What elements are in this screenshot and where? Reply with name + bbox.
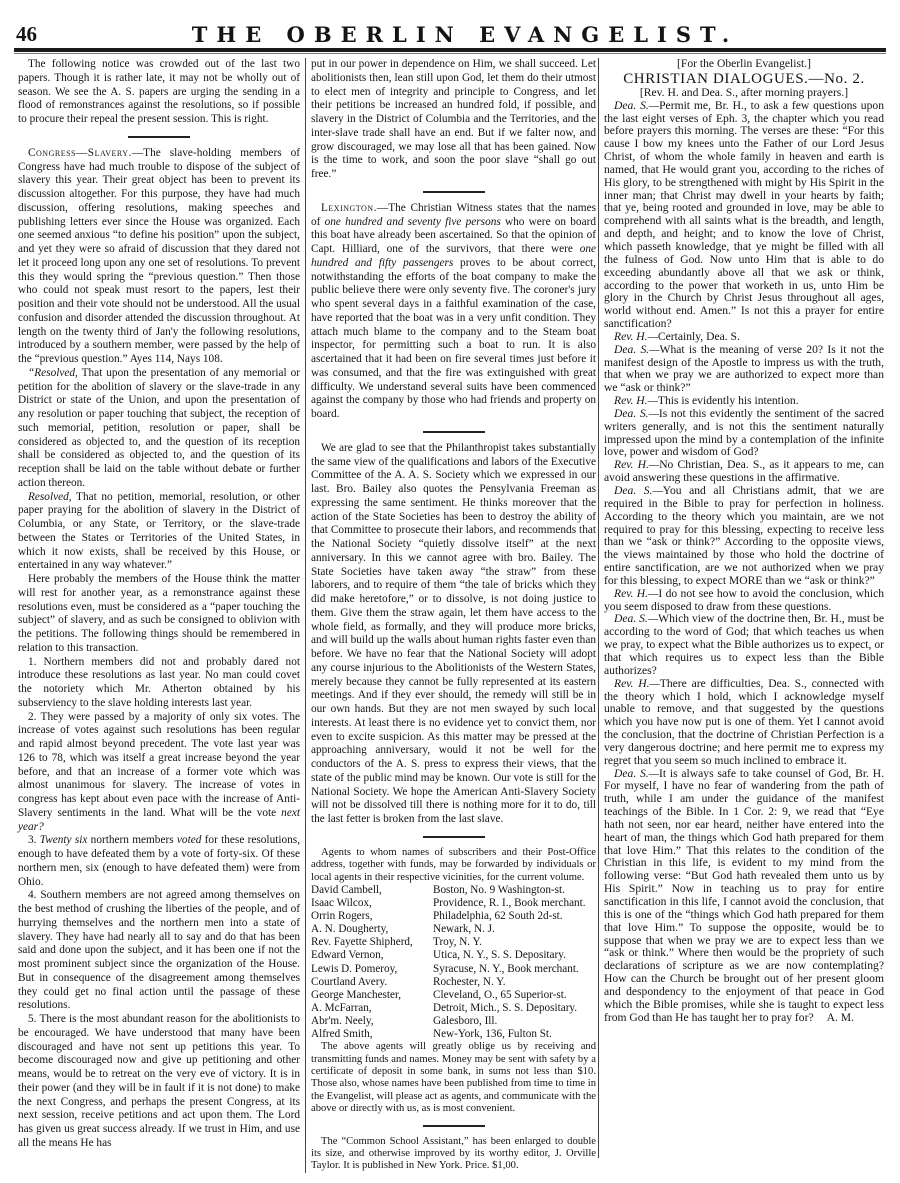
agents-notice: Agents to whom names of subscribers and … bbox=[311, 847, 596, 1173]
agent-row: Alfred Smith,New-York, 136, Fulton St. bbox=[311, 1028, 596, 1041]
dialogue-turn: Dea. S.—You and all Christians admit, th… bbox=[604, 485, 884, 588]
column-middle: put in our power in dependence on Him, w… bbox=[311, 58, 596, 1173]
agent-row: Abr'm. Neely,Galesboro, Ill. bbox=[311, 1015, 596, 1028]
column-divider bbox=[598, 58, 599, 1158]
newspaper-page: 46 THE OBERLIN EVANGELIST. The following… bbox=[0, 0, 900, 1183]
masthead: 46 THE OBERLIN EVANGELIST. bbox=[14, 22, 886, 46]
speaker: Dea. S.— bbox=[614, 484, 663, 497]
signature: A. M. bbox=[817, 1012, 854, 1025]
point-3: 3. Twenty six northern members voted for… bbox=[18, 834, 300, 889]
agent-row: A. McFarran,Detroit, Mich., S. S. Deposi… bbox=[311, 1002, 596, 1015]
speaker: Dea. S.— bbox=[614, 343, 660, 356]
agent-row: David Cambell,Boston, No. 9 Washington-s… bbox=[311, 884, 596, 897]
speaker: Rev. H.— bbox=[614, 587, 658, 600]
speaker: Rev. H.— bbox=[614, 677, 660, 690]
column-divider bbox=[305, 58, 306, 1173]
speaker: Dea. S.— bbox=[614, 407, 659, 420]
article-separator bbox=[423, 836, 485, 838]
dialogue-turn: Dea. S.—Is not this evidently the sentim… bbox=[604, 408, 884, 459]
article-separator bbox=[423, 1125, 485, 1127]
article-separator bbox=[423, 431, 485, 433]
dialogue-turn: Rev. H.—No Christian, Dea. S., as it app… bbox=[604, 459, 884, 485]
speaker: Dea. S.— bbox=[614, 612, 658, 625]
agent-row: George Manchester,Cleveland, O., 65 Supe… bbox=[311, 989, 596, 1002]
agent-row: Edward Vernon,Utica, N. Y., S. S. Deposi… bbox=[311, 949, 596, 962]
resolution-1: “Resolved, That upon the presentation of… bbox=[18, 367, 300, 491]
dialogue-turn: Rev. H.—There are difficulties, Dea. S.,… bbox=[604, 678, 884, 768]
agents-outro: The above agents will greatly oblige us … bbox=[311, 1041, 596, 1115]
masthead-rule-thin bbox=[14, 53, 886, 54]
agent-row: Rev. Fayette Shipherd,Troy, N. Y. bbox=[311, 936, 596, 949]
agent-row: Orrin Rogers,Philadelphia, 62 South 2d-s… bbox=[311, 910, 596, 923]
article-heading: Lexington. bbox=[321, 202, 377, 214]
dialogue-turn: Dea. S.—What is the meaning of verse 20?… bbox=[604, 344, 884, 395]
continuation-text: put in our power in dependence on Him, w… bbox=[311, 58, 596, 182]
dialogue-turn: Dea. S.—Permit me, Br. H., to ask a few … bbox=[604, 100, 884, 331]
lexington-article: Lexington.—The Christian Witness states … bbox=[311, 202, 596, 422]
agents-intro: Agents to whom names of subscribers and … bbox=[311, 847, 596, 884]
column-left: The following notice was crowded out of … bbox=[18, 58, 300, 1151]
commentary: Here probably the members of the House t… bbox=[18, 573, 300, 656]
dialogue-turn: Rev. H.—I do not see how to avoid the co… bbox=[604, 588, 884, 614]
agent-row: A. N. Dougherty,Newark, N. J. bbox=[311, 923, 596, 936]
intro-notice: The following notice was crowded out of … bbox=[18, 58, 300, 127]
article-separator bbox=[128, 136, 190, 138]
philanthropist-article: We are glad to see that the Philanthropi… bbox=[311, 442, 596, 827]
speaker: Rev. H.— bbox=[614, 458, 659, 471]
point-5: 5. There is the most abundant reason for… bbox=[18, 1013, 300, 1151]
point-2: 2. They were passed by a majority of onl… bbox=[18, 711, 300, 835]
dialogue-turn: Dea. S.—Which view of the doctrine then,… bbox=[604, 613, 884, 677]
dialogue-heading: CHRISTIAN DIALOGUES.—No. 2. bbox=[604, 71, 884, 87]
agent-row: Lewis D. Pomeroy,Syracuse, N. Y., Book m… bbox=[311, 963, 596, 976]
article-heading: Congress—Slavery. bbox=[28, 147, 132, 159]
agents-list: David Cambell,Boston, No. 9 Washington-s… bbox=[311, 884, 596, 1041]
article-separator bbox=[423, 191, 485, 193]
byline: [For the Oberlin Evangelist.] bbox=[604, 58, 884, 71]
speaker: Rev. H.— bbox=[614, 394, 658, 407]
speaker: Rev. H.— bbox=[614, 330, 658, 343]
congress-article: Congress—Slavery.—The slave-holding memb… bbox=[18, 147, 300, 367]
agent-row: Isaac Wilcox,Providence, R. I., Book mer… bbox=[311, 897, 596, 910]
speaker: Dea. S.— bbox=[614, 99, 659, 112]
point-4: 4. Southern members are not agreed among… bbox=[18, 889, 300, 1013]
point-1: 1. Northern members did not and probably… bbox=[18, 656, 300, 711]
column-right: [For the Oberlin Evangelist.] CHRISTIAN … bbox=[604, 58, 884, 1024]
common-school-notice: The “Common School Assistant,” has been … bbox=[311, 1136, 596, 1173]
agent-row: Courtland Avery.Rochester, N. Y. bbox=[311, 976, 596, 989]
speaker: Dea. S.— bbox=[614, 767, 659, 780]
newspaper-title: THE OBERLIN EVANGELIST. bbox=[14, 22, 886, 47]
masthead-rule bbox=[14, 48, 886, 52]
dialogue-turn: Dea. S.—It is always safe to take counse… bbox=[604, 768, 884, 1025]
resolution-2: Resolved, That no petition, memorial, re… bbox=[18, 491, 300, 574]
